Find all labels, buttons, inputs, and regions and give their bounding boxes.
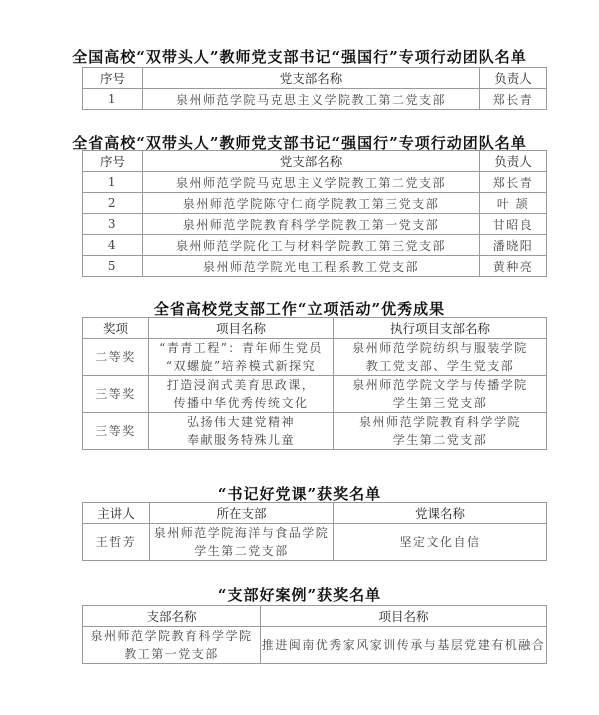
header-index: 序号 — [83, 151, 143, 172]
text-line: 打造浸润式美育思政课， — [149, 376, 333, 394]
cell-leader: 郑长青 — [480, 89, 547, 110]
table-row: 1 泉州师范学院马克思主义学院教工第二党支部 郑长青 — [83, 172, 547, 193]
cell-project-name: 推进闽南优秀家风家训传承与基层党建有机融合 — [261, 627, 547, 664]
cell-leader: 郑长青 — [480, 172, 547, 193]
header-lecturer: 主讲人 — [83, 503, 150, 524]
cell-branch-name: 泉州师范学院化工与材料学院教工第三党支部 — [143, 235, 480, 256]
text-line: 学生第二党支部 — [334, 431, 546, 449]
text-line: 学生第三党支部 — [334, 394, 546, 412]
header-executing-branch: 执行项目支部名称 — [334, 318, 547, 339]
header-leader: 负责人 — [480, 151, 547, 172]
text-line: 弘扬伟大建党精神 — [149, 413, 333, 431]
section-4-title: “书记好党课”获奖名单 — [0, 483, 599, 504]
cell-project-name: 弘扬伟大建党精神奉献服务特殊儿童 — [149, 413, 334, 450]
cell-branch: 泉州师范学院海洋与食品学院学生第二党支部 — [150, 524, 334, 561]
cell-branch-name: 泉州师范学院马克思主义学院教工第二党支部 — [143, 89, 480, 110]
table-row: 王哲芳 泉州师范学院海洋与食品学院学生第二党支部 坚定文化自信 — [83, 524, 547, 561]
cell-branch-name: 泉州师范学院马克思主义学院教工第二党支部 — [143, 172, 480, 193]
national-team-table: 序号 党支部名称 负责人 1 泉州师范学院马克思主义学院教工第二党支部 郑长青 — [82, 67, 547, 110]
section-3-title: 全省高校党支部工作“立项活动”优秀成果 — [0, 298, 599, 319]
header-branch-name: 支部名称 — [83, 606, 261, 627]
cell-index: 3 — [83, 214, 143, 235]
header-project-name: 项目名称 — [261, 606, 547, 627]
party-lecture-table: 主讲人 所在支部 党课名称 王哲芳 泉州师范学院海洋与食品学院学生第二党支部 坚… — [82, 502, 547, 561]
cell-branch-name: 泉州师范学院陈守仁商学院教工第三党支部 — [143, 193, 480, 214]
provincial-team-table: 序号 党支部名称 负责人 1 泉州师范学院马克思主义学院教工第二党支部 郑长青 … — [82, 150, 547, 277]
header-branch: 所在支部 — [150, 503, 334, 524]
text-line: 泉州师范学院文学与传播学院 — [334, 376, 546, 394]
cell-award: 三等奖 — [83, 413, 149, 450]
text-line: 学生第二党支部 — [150, 542, 333, 560]
cell-index: 2 — [83, 193, 143, 214]
section-1-title: 全国高校“双带头人”教师党支部书记“强国行”专项行动团队名单 — [0, 46, 599, 67]
cell-lecturer: 王哲芳 — [83, 524, 150, 561]
header-lecture-name: 党课名称 — [334, 503, 547, 524]
cell-executing-branch: 泉州师范学院纺织与服装学院教工党支部、学生党支部 — [334, 339, 547, 376]
header-branch-name: 党支部名称 — [143, 68, 480, 89]
cell-leader: 黄种亮 — [480, 256, 547, 277]
text-line: 泉州师范学院教育科学学院 — [83, 627, 260, 645]
cell-lecture-name: 坚定文化自信 — [334, 524, 547, 561]
section-5-title: “支部好案例”获奖名单 — [0, 584, 599, 605]
header-leader: 负责人 — [480, 68, 547, 89]
cell-index: 1 — [83, 172, 143, 193]
cell-award: 二等奖 — [83, 339, 149, 376]
table-header-row: 支部名称 项目名称 — [83, 606, 547, 627]
header-index: 序号 — [83, 68, 143, 89]
cell-index: 5 — [83, 256, 143, 277]
text-line: 泉州师范学院海洋与食品学院 — [150, 524, 333, 542]
table-row: 泉州师范学院教育科学学院教工第一党支部 推进闽南优秀家风家训传承与基层党建有机融… — [83, 627, 547, 664]
table-row: 三等奖 弘扬伟大建党精神奉献服务特殊儿童 泉州师范学院教育科学学院学生第二党支部 — [83, 413, 547, 450]
table-row: 3 泉州师范学院教育科学学院教工第一党支部 甘昭良 — [83, 214, 547, 235]
text-line: “双螺旋”培养模式新探究 — [149, 357, 333, 375]
text-line: 泉州师范学院教育科学学院 — [334, 413, 546, 431]
text-line: 教工党支部、学生党支部 — [334, 357, 546, 375]
cell-leader: 潘晓阳 — [480, 235, 547, 256]
header-project-name: 项目名称 — [149, 318, 334, 339]
header-award: 奖项 — [83, 318, 149, 339]
header-branch-name: 党支部名称 — [143, 151, 480, 172]
cell-branch-name: 泉州师范学院光电工程系教工党支部 — [143, 256, 480, 277]
table-row: 三等奖 打造浸润式美育思政课，传播中华优秀传统文化 泉州师范学院文学与传播学院学… — [83, 376, 547, 413]
cell-project-name: “青青工程”：青年师生党员“双螺旋”培养模式新探究 — [149, 339, 334, 376]
branch-case-table: 支部名称 项目名称 泉州师范学院教育科学学院教工第一党支部 推进闽南优秀家风家训… — [82, 605, 547, 664]
cell-branch-name: 泉州师范学院教育科学学院教工第一党支部 — [143, 214, 480, 235]
cell-branch-name: 泉州师范学院教育科学学院教工第一党支部 — [83, 627, 261, 664]
table-header-row: 主讲人 所在支部 党课名称 — [83, 503, 547, 524]
project-achievements-table: 奖项 项目名称 执行项目支部名称 二等奖 “青青工程”：青年师生党员“双螺旋”培… — [82, 317, 547, 450]
text-line: 奉献服务特殊儿童 — [149, 431, 333, 449]
table-header-row: 奖项 项目名称 执行项目支部名称 — [83, 318, 547, 339]
table-row: 1 泉州师范学院马克思主义学院教工第二党支部 郑长青 — [83, 89, 547, 110]
cell-leader: 叶 颉 — [480, 193, 547, 214]
text-line: “青青工程”：青年师生党员 — [149, 339, 333, 357]
table-row: 2 泉州师范学院陈守仁商学院教工第三党支部 叶 颉 — [83, 193, 547, 214]
text-line: 泉州师范学院纺织与服装学院 — [334, 339, 546, 357]
cell-leader: 甘昭良 — [480, 214, 547, 235]
table-header-row: 序号 党支部名称 负责人 — [83, 151, 547, 172]
cell-index: 1 — [83, 89, 143, 110]
cell-award: 三等奖 — [83, 376, 149, 413]
cell-executing-branch: 泉州师范学院文学与传播学院学生第三党支部 — [334, 376, 547, 413]
cell-project-name: 打造浸润式美育思政课，传播中华优秀传统文化 — [149, 376, 334, 413]
table-row: 5 泉州师范学院光电工程系教工党支部 黄种亮 — [83, 256, 547, 277]
cell-index: 4 — [83, 235, 143, 256]
table-row: 二等奖 “青青工程”：青年师生党员“双螺旋”培养模式新探究 泉州师范学院纺织与服… — [83, 339, 547, 376]
text-line: 教工第一党支部 — [83, 645, 260, 663]
table-header-row: 序号 党支部名称 负责人 — [83, 68, 547, 89]
text-line: 传播中华优秀传统文化 — [149, 394, 333, 412]
table-row: 4 泉州师范学院化工与材料学院教工第三党支部 潘晓阳 — [83, 235, 547, 256]
cell-executing-branch: 泉州师范学院教育科学学院学生第二党支部 — [334, 413, 547, 450]
